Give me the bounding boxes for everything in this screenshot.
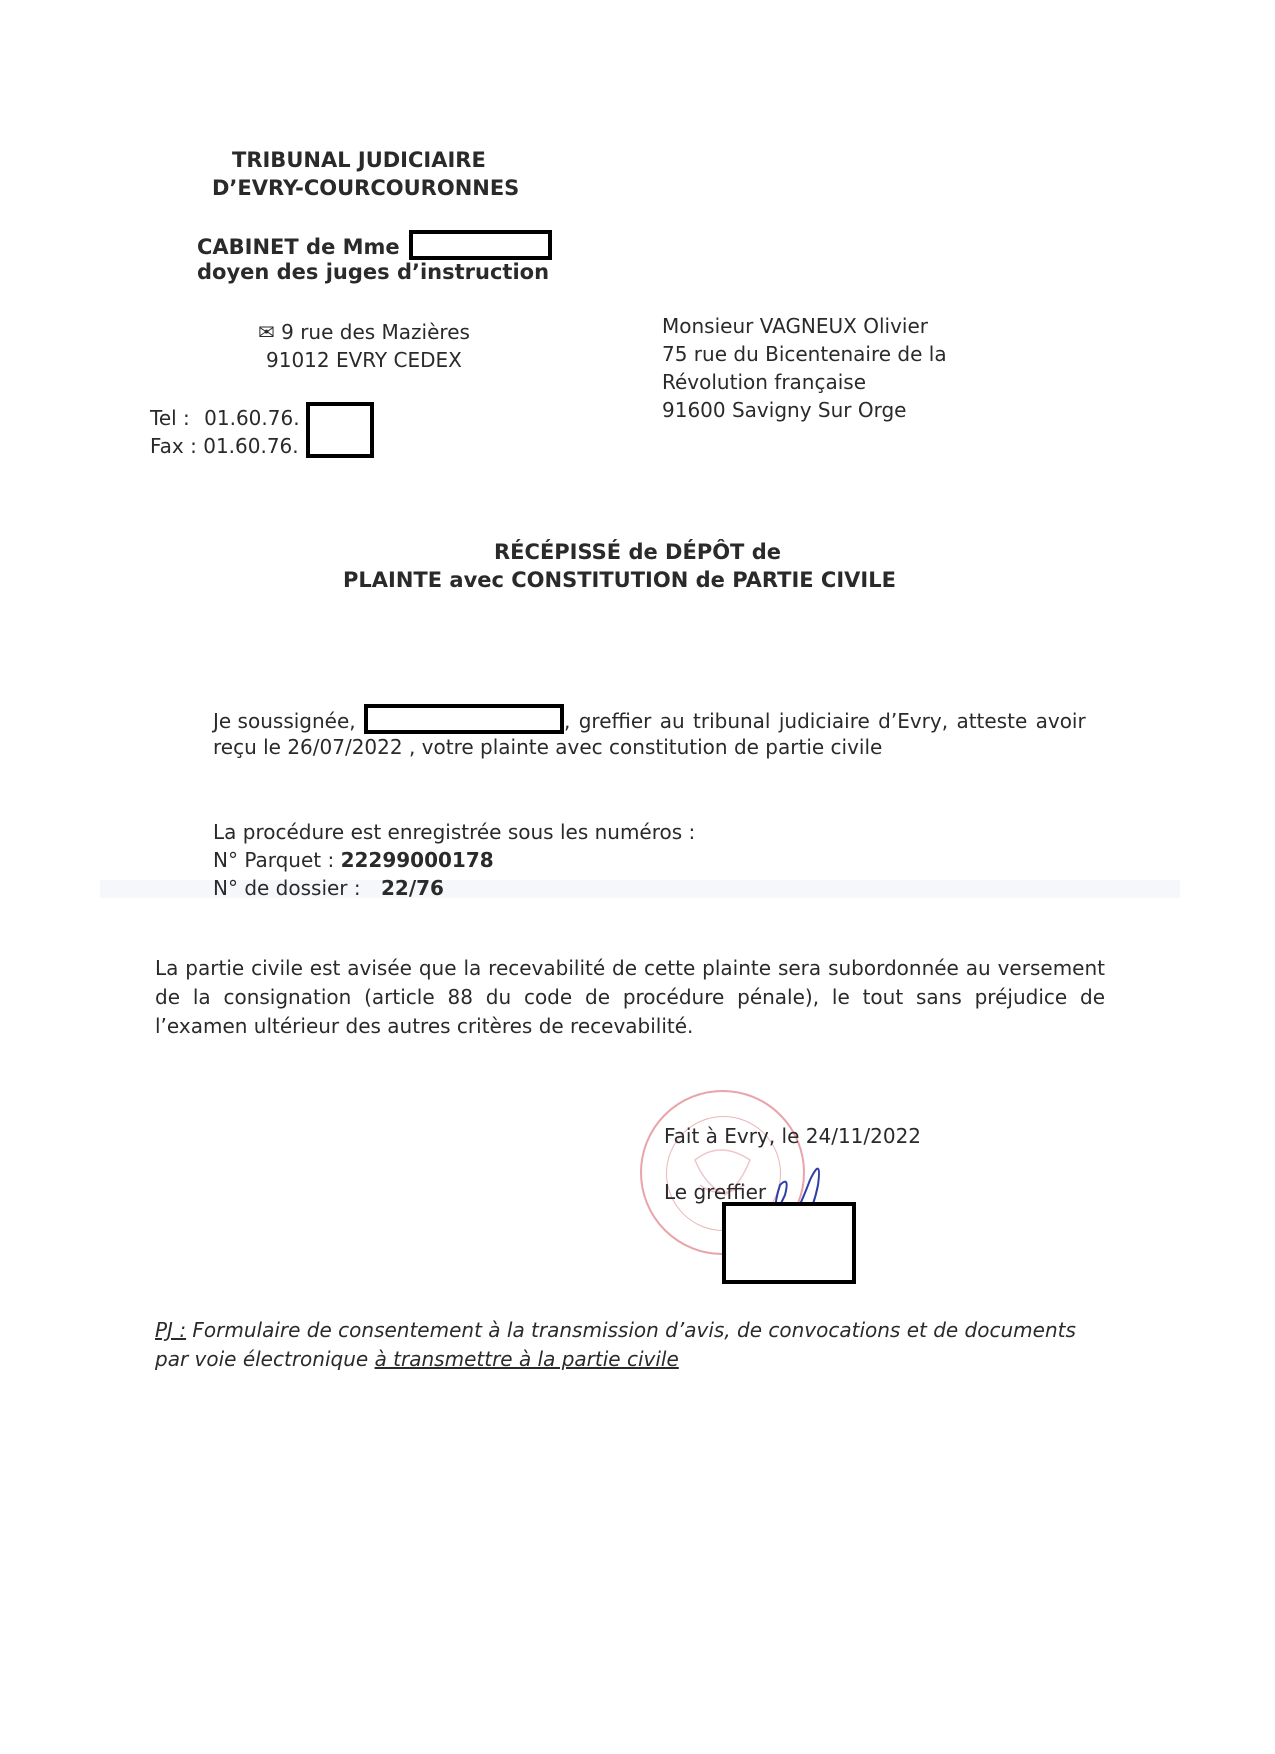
admissibility-notice: La partie civile est avisée que la recev… (155, 954, 1105, 1041)
attachment-line2-underlined: à transmettre à la partie civile (375, 1347, 679, 1371)
cabinet-role: doyen des juges d’instruction (197, 258, 549, 286)
dossier-label: N° de dossier : (213, 876, 361, 900)
dossier-number: 22/76 (381, 876, 444, 900)
document-title-line2: PLAINTE avec CONSTITUTION de PARTIE CIVI… (343, 566, 896, 594)
redacted-signature (722, 1202, 856, 1284)
redacted-phone-suffix (306, 402, 374, 458)
redacted-clerk-name (364, 704, 564, 734)
tel-line: Tel : 01.60.76. (150, 404, 300, 432)
court-name-line1: TRIBUNAL JUDICIAIRE (232, 146, 486, 174)
court-name-line2: D’EVRY-COURCOURONNES (212, 174, 519, 202)
attachment-label: PJ : (155, 1318, 186, 1342)
tel-value: 01.60.76. (204, 406, 299, 430)
parquet-number: 22299000178 (341, 848, 494, 872)
attachment-line2-plain: par voie électronique (155, 1347, 368, 1371)
fax-label: Fax : (150, 434, 197, 458)
attestation-line2: reçu le 26/07/2022 , votre plainte avec … (213, 733, 882, 761)
title-line1-text: RÉCÉPISSÉ de DÉPÔT de (494, 540, 781, 564)
recipient-street-line1: 75 rue du Bicentenaire de la (662, 340, 947, 368)
fax-value: 01.60.76. (203, 434, 298, 458)
attestation-prefix: Je soussignée, (213, 709, 356, 733)
attestation-suffix: , greffier au tribunal judiciaire d’Evry… (564, 709, 1086, 733)
redacted-judge-name (409, 230, 552, 260)
recipient-name: Monsieur VAGNEUX Olivier (662, 312, 928, 340)
fax-line: Fax : 01.60.76. (150, 432, 299, 460)
address-street: 9 rue des Mazières (281, 320, 470, 344)
notice-line2: de la consignation (article 88 du code d… (155, 983, 1105, 1012)
recipient-street-line2: Révolution française (662, 368, 866, 396)
notice-line1: La partie civile est avisée que la recev… (155, 954, 1105, 983)
recipient-city: 91600 Savigny Sur Orge (662, 396, 906, 424)
notice-line3: l’examen ultérieur des autres critères d… (155, 1012, 1105, 1041)
attachment-description: Formulaire de consentement à la transmis… (192, 1318, 1075, 1342)
parquet-label: N° Parquet : (213, 848, 334, 872)
cabinet-prefix: CABINET de Mme (197, 235, 400, 259)
address-street-line: ✉ 9 rue des Mazières (258, 318, 470, 346)
dossier-number-line: N° de dossier : 22/76 (213, 874, 444, 902)
cabinet-line: CABINET de Mme (197, 230, 552, 261)
tel-label: Tel : (150, 406, 190, 430)
attestation-line1: Je soussignée, , greffier au tribunal ju… (213, 704, 1086, 735)
parquet-number-line: N° Parquet : 22299000178 (213, 846, 494, 874)
address-city: 91012 EVRY CEDEX (266, 346, 462, 374)
signature-place-date: Fait à Evry, le 24/11/2022 (664, 1122, 921, 1150)
procedure-intro: La procédure est enregistrée sous les nu… (213, 818, 695, 846)
attachment-line1: PJ : Formulaire de consentement à la tra… (155, 1316, 1076, 1344)
envelope-icon: ✉ (258, 320, 275, 344)
attachment-line2: par voie électronique à transmettre à la… (155, 1345, 679, 1373)
document-title-line1: RÉCÉPISSÉ de DÉPÔT de (0, 538, 1275, 566)
